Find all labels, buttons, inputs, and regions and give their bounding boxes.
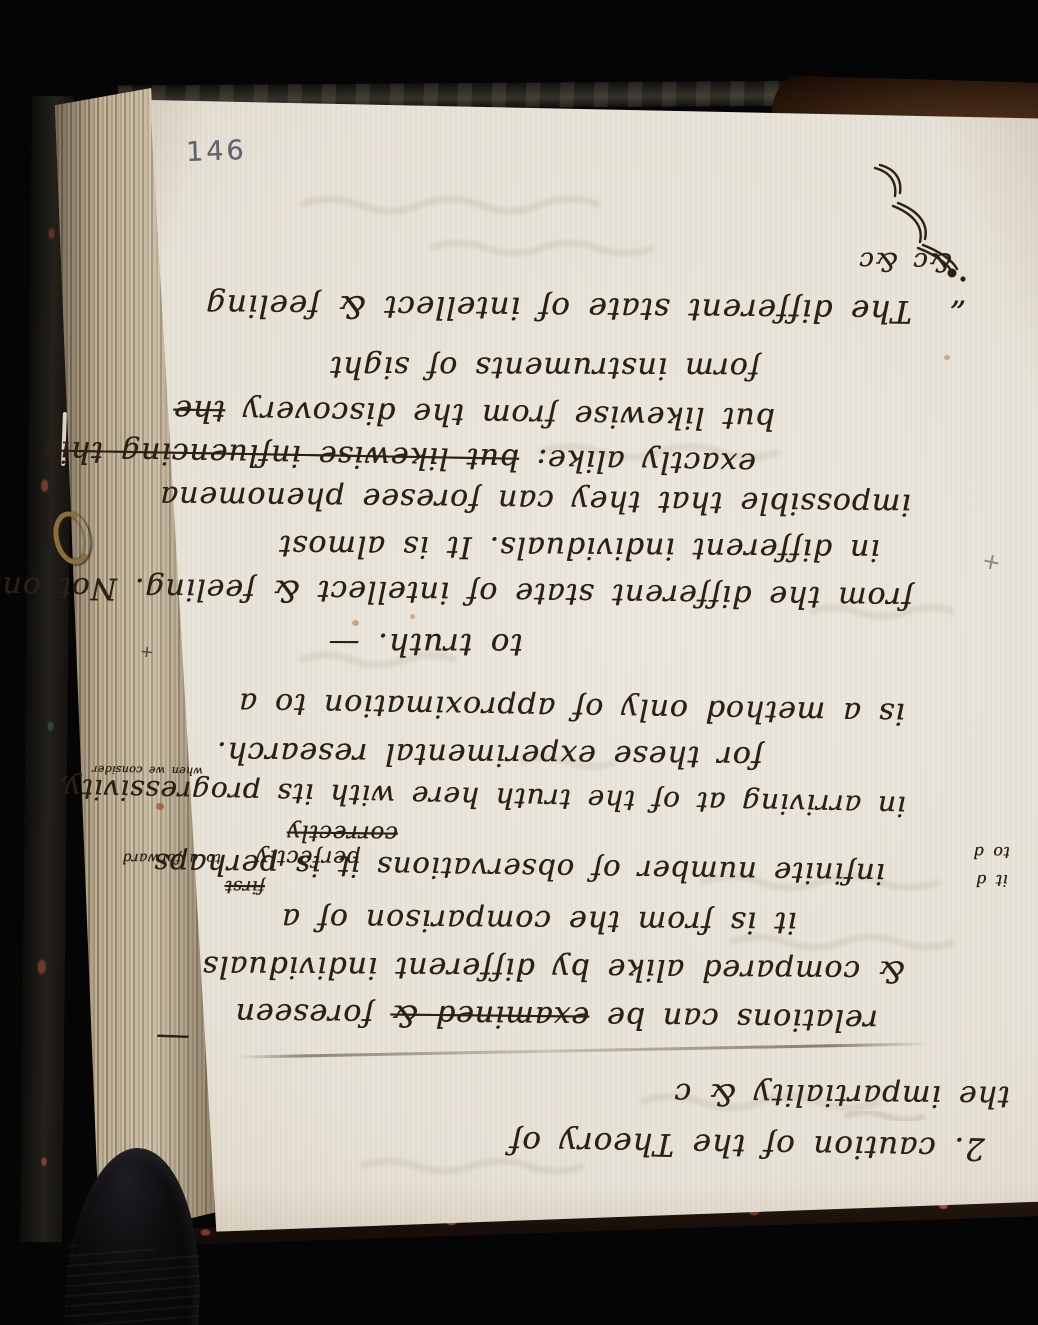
separator-dash: — bbox=[137, 1017, 190, 1059]
manuscript-line: in different individuals. It is almost bbox=[250, 528, 880, 567]
line-text: exactly alike: bbox=[519, 442, 756, 481]
line-text: to truth. — bbox=[328, 626, 523, 663]
line-text: form instruments of sight bbox=[329, 349, 760, 386]
ink-cross-mark: + bbox=[139, 641, 155, 661]
line-text: 2. caution of the Theory of bbox=[509, 1124, 985, 1167]
manuscript-line: The different state of intellect & feeli… bbox=[182, 287, 912, 329]
struck-text: examined & bbox=[390, 998, 589, 1035]
manuscript-line: & compared alike by different individual… bbox=[150, 948, 905, 988]
folio-number: 146 bbox=[185, 135, 247, 168]
superscript-insert: to a forward bbox=[126, 850, 221, 866]
manuscript-line: impossible that they can foresee phenome… bbox=[196, 479, 911, 521]
manuscript-line: relations can be examined & foreseen bbox=[188, 995, 878, 1037]
manuscript-line: to truth. — bbox=[248, 626, 523, 663]
foxing-spot bbox=[352, 620, 359, 626]
line-text: the impartiality & c bbox=[674, 1076, 1011, 1114]
manuscript-photograph: 146 &c &c „ The different state of intel… bbox=[0, 0, 1038, 1325]
tiny-note: to d bbox=[940, 843, 1010, 862]
line-text: relations can be bbox=[589, 1000, 878, 1038]
manuscript-line: the impartiality & c bbox=[590, 1075, 1010, 1114]
foxing-spot bbox=[410, 614, 415, 619]
marginal-note: when we consider bbox=[123, 763, 203, 777]
struck-correction: correctly bbox=[278, 819, 398, 846]
foxing-spot bbox=[944, 355, 950, 360]
struck-text: first bbox=[225, 876, 265, 897]
manuscript-line: it is from the comparison of a bbox=[252, 901, 797, 940]
manuscript-line: form instruments of sight bbox=[350, 349, 760, 385]
foxing-spot bbox=[156, 803, 164, 810]
line-text: it is from the comparison of a bbox=[281, 901, 797, 940]
struck-text: the bbox=[173, 393, 225, 429]
manuscript-line: for these experimental research. bbox=[205, 735, 763, 775]
struck-superscript: first bbox=[205, 876, 265, 897]
flourish-etc-text: &c &c bbox=[842, 246, 952, 277]
line-text: in different individuals. It is almost bbox=[278, 528, 880, 567]
line-text: & compared alike by different individual… bbox=[202, 949, 905, 989]
struck-text: correctly bbox=[287, 819, 398, 846]
tiny-note: it d bbox=[948, 871, 1008, 890]
line-text: foreseen bbox=[235, 996, 391, 1033]
opening-quote-mark: „ bbox=[950, 274, 968, 312]
line-text: The different state of intellect & feeli… bbox=[205, 287, 912, 329]
line-text: for these experimental research. bbox=[216, 735, 763, 775]
